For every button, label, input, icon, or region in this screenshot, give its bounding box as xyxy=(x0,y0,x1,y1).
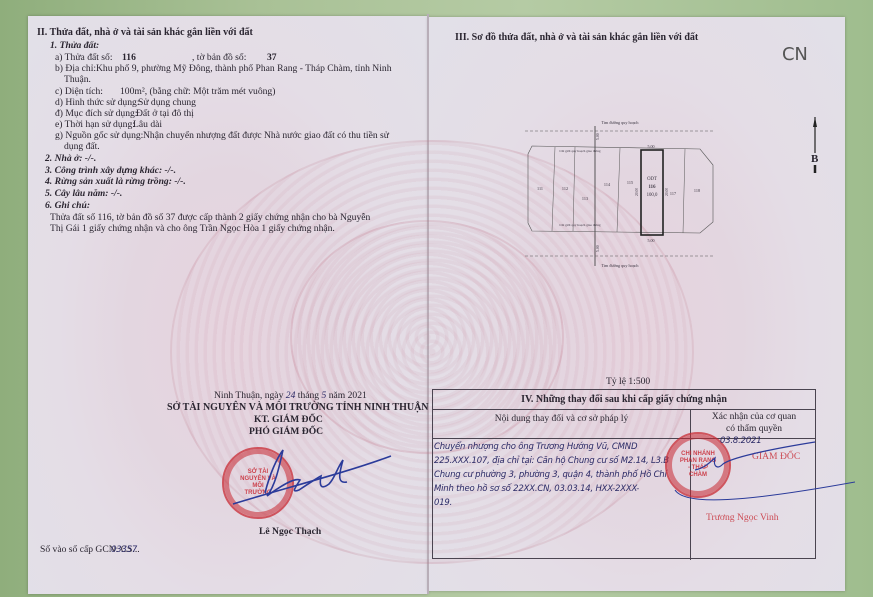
change-entry-line-1: Chuyển nhượng cho ông Trương Hướng Vũ, C… xyxy=(434,442,637,452)
parcel-112: 112 xyxy=(562,186,568,191)
signing-day: 24 xyxy=(286,390,296,401)
handwritten-mark: CN xyxy=(782,44,808,65)
col-confirmation-header: Xác nhận của cơ quan có thẩm quyền xyxy=(691,411,817,435)
signer-position: PHÓ GIÁM ĐỐC xyxy=(249,426,323,438)
section-title-iii: III. Sơ đồ thửa đất, nhà ở và tài sản kh… xyxy=(455,32,698,44)
change-entry-line-2: 225.XXX.107, địa chỉ tại: Căn hộ Chung c… xyxy=(434,456,669,466)
changes-title: IV. Những thay đổi sau khi cấp giấy chứn… xyxy=(433,390,815,410)
issuing-authority: SỞ TÀI NGUYÊN VÀ MÔI TRƯỜNG TỈNH NINH TH… xyxy=(167,402,429,414)
scale-label: Tỷ lệ 1:500 xyxy=(606,376,650,388)
parcel-115: 115 xyxy=(627,180,633,185)
signing-place-date: Ninh Thuận, ngày 24 tháng 5 năm 2021 xyxy=(214,390,367,402)
offset-bottom: 5.00 xyxy=(596,245,600,252)
road-top-label: Tim đường quy hoạch xyxy=(601,120,639,125)
parcel-111: 111 xyxy=(537,186,543,191)
depth-left: 20.00 xyxy=(635,188,639,196)
parcel-118: 118 xyxy=(694,188,700,193)
confirm-signer: Trương Ngọc Vinh xyxy=(706,512,779,524)
year-label: năm 2021 xyxy=(329,390,367,401)
house-item: 2. Nhà ở: -/-. xyxy=(45,153,96,165)
change-entry-line-5: 019. xyxy=(434,498,452,508)
subject-land-type: ODT xyxy=(647,177,657,182)
origin-value-cont: dụng đất. xyxy=(64,141,100,153)
change-entry-line-3: Chung cư phường 3, phường 3, quận 4, thà… xyxy=(434,470,667,480)
road-bottom-label: Tim đường quy hoạch xyxy=(601,263,639,268)
perennial-item: 5. Cây lâu năm: -/-. xyxy=(45,188,122,200)
signature xyxy=(225,438,395,508)
change-entry-line-4: Minh theo hồ sơ số 22XX.CN, 03.03.14, HX… xyxy=(434,484,639,494)
parcel-114: 114 xyxy=(604,182,611,187)
width-bottom: 5.00 xyxy=(648,238,655,243)
section-title-ii: II. Thửa đất, nhà ở và tài sản khác gắn … xyxy=(37,27,253,39)
offset-top: 5.00 xyxy=(596,133,600,140)
origin-value: Nhận chuyển nhượng đất được Nhà nước gia… xyxy=(143,130,389,142)
forest-item: 4. Rừng sản xuất là rừng trồng: -/-. xyxy=(45,176,186,188)
signing-month: 5 xyxy=(322,390,327,401)
address-value-cont: Thuận. xyxy=(64,74,91,86)
confirm-signature xyxy=(665,440,855,510)
parcel-113: 113 xyxy=(582,196,588,201)
place-date-prefix: Ninh Thuận, ngày xyxy=(214,390,283,401)
width-top: 5.00 xyxy=(648,144,655,149)
col-confirmation-header-line2: có thẩm quyền xyxy=(691,423,817,435)
parcel-117: 117 xyxy=(670,191,676,196)
notes-line-2: Thị Gái 1 giấy chứng nhận và cho ông Trầ… xyxy=(50,223,335,235)
subject-parcel-number: 116 xyxy=(649,185,657,190)
land-heading: 1. Thửa đất: xyxy=(50,40,99,52)
boundary-bottom-label: Chỉ giới quy hoạch giao thông xyxy=(559,223,601,227)
registry-number: 03357 xyxy=(111,545,137,555)
on-behalf-title: KT. GIÁM ĐỐC xyxy=(254,414,323,426)
notes-heading: 6. Ghi chú: xyxy=(45,200,90,212)
address-value: Khu phố 9, phường Mỹ Đông, thành phố Pha… xyxy=(96,63,392,75)
north-arrow-icon xyxy=(805,115,825,175)
col-change-content-header: Nội dung thay đổi và cơ sở pháp lý xyxy=(433,414,690,424)
month-label: tháng xyxy=(298,390,319,401)
subject-area: 100,0 xyxy=(647,193,658,198)
boundary-top-label: Chỉ giới quy hoạch giao thông xyxy=(559,149,601,153)
signer-name: Lê Ngọc Thạch xyxy=(259,526,321,538)
depth-right: 20.00 xyxy=(665,188,669,196)
parcel-diagram: Tim đường quy hoạch 5.00 5.00 5.00 ODT 1… xyxy=(520,118,720,273)
col-confirmation-header-line1: Xác nhận của cơ quan xyxy=(691,411,817,423)
north-label: B xyxy=(810,153,819,165)
